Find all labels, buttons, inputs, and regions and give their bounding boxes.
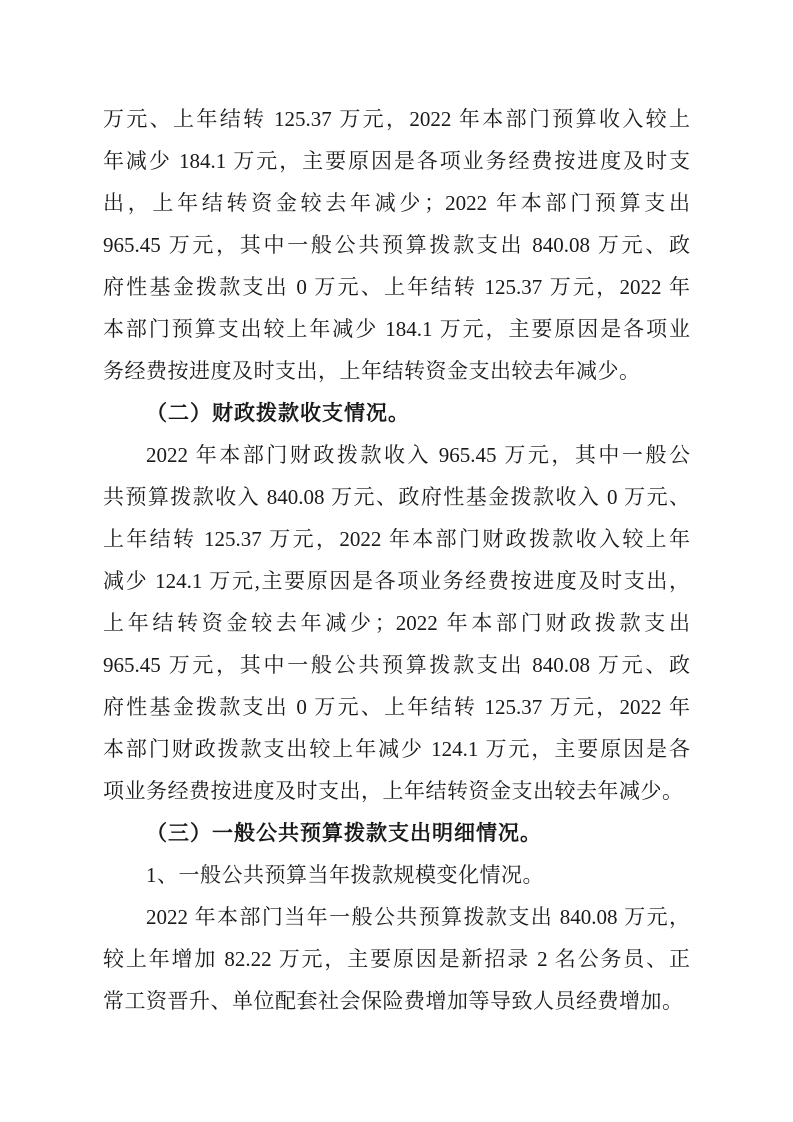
text-line: 本部门财政拨款支出较上年减少 124.1 万元，主要原因是各 <box>103 728 690 770</box>
text-line: 务经费按进度及时支出，上年结转资金支出较去年减少。 <box>103 350 690 392</box>
text-line: 965.45 万元，其中一般公共预算拨款支出 840.08 万元、政 <box>103 224 690 266</box>
text-line: 965.45 万元，其中一般公共预算拨款支出 840.08 万元、政 <box>103 644 690 686</box>
text-line: 2022 年本部门财政拨款收入 965.45 万元，其中一般公 <box>103 434 690 476</box>
text-line: 较上年增加 82.22 万元，主要原因是新招录 2 名公务员、正 <box>103 938 690 980</box>
text-line: 府性基金拨款支出 0 万元、上年结转 125.37 万元，2022 年 <box>103 686 690 728</box>
text-line: 项业务经费按进度及时支出，上年结转资金支出较去年减少。 <box>103 770 690 812</box>
text-line: 府性基金拨款支出 0 万元、上年结转 125.37 万元，2022 年 <box>103 266 690 308</box>
text-line: 上年结转 125.37 万元，2022 年本部门财政拨款收入较上年 <box>103 518 690 560</box>
text-line: 常工资晋升、单位配套社会保险费增加等导致人员经费增加。 <box>103 980 690 1022</box>
document-page: 万元、上年结转 125.37 万元，2022 年本部门预算收入较上 年减少 18… <box>0 0 793 1122</box>
text-line: 本部门预算支出较上年减少 184.1 万元，主要原因是各项业 <box>103 308 690 350</box>
text-line: 减少 124.1 万元,主要原因是各项业务经费按进度及时支出， <box>103 560 690 602</box>
text-line: 出，上年结转资金较去年减少；2022 年本部门预算支出 <box>103 182 690 224</box>
document-body: 万元、上年结转 125.37 万元，2022 年本部门预算收入较上 年减少 18… <box>103 98 690 1022</box>
text-line: 年减少 184.1 万元，主要原因是各项业务经费按进度及时支 <box>103 140 690 182</box>
section-heading: （二）财政拨款收支情况。 <box>103 392 690 434</box>
list-item-line: 1、一般公共预算当年拨款规模变化情况。 <box>103 854 690 896</box>
text-line: 万元、上年结转 125.37 万元，2022 年本部门预算收入较上 <box>103 98 690 140</box>
text-line: 上年结转资金较去年减少；2022 年本部门财政拨款支出 <box>103 602 690 644</box>
text-line: 共预算拨款收入 840.08 万元、政府性基金拨款收入 0 万元、 <box>103 476 690 518</box>
section-heading: （三）一般公共预算拨款支出明细情况。 <box>103 812 690 854</box>
text-line: 2022 年本部门当年一般公共预算拨款支出 840.08 万元， <box>103 896 690 938</box>
